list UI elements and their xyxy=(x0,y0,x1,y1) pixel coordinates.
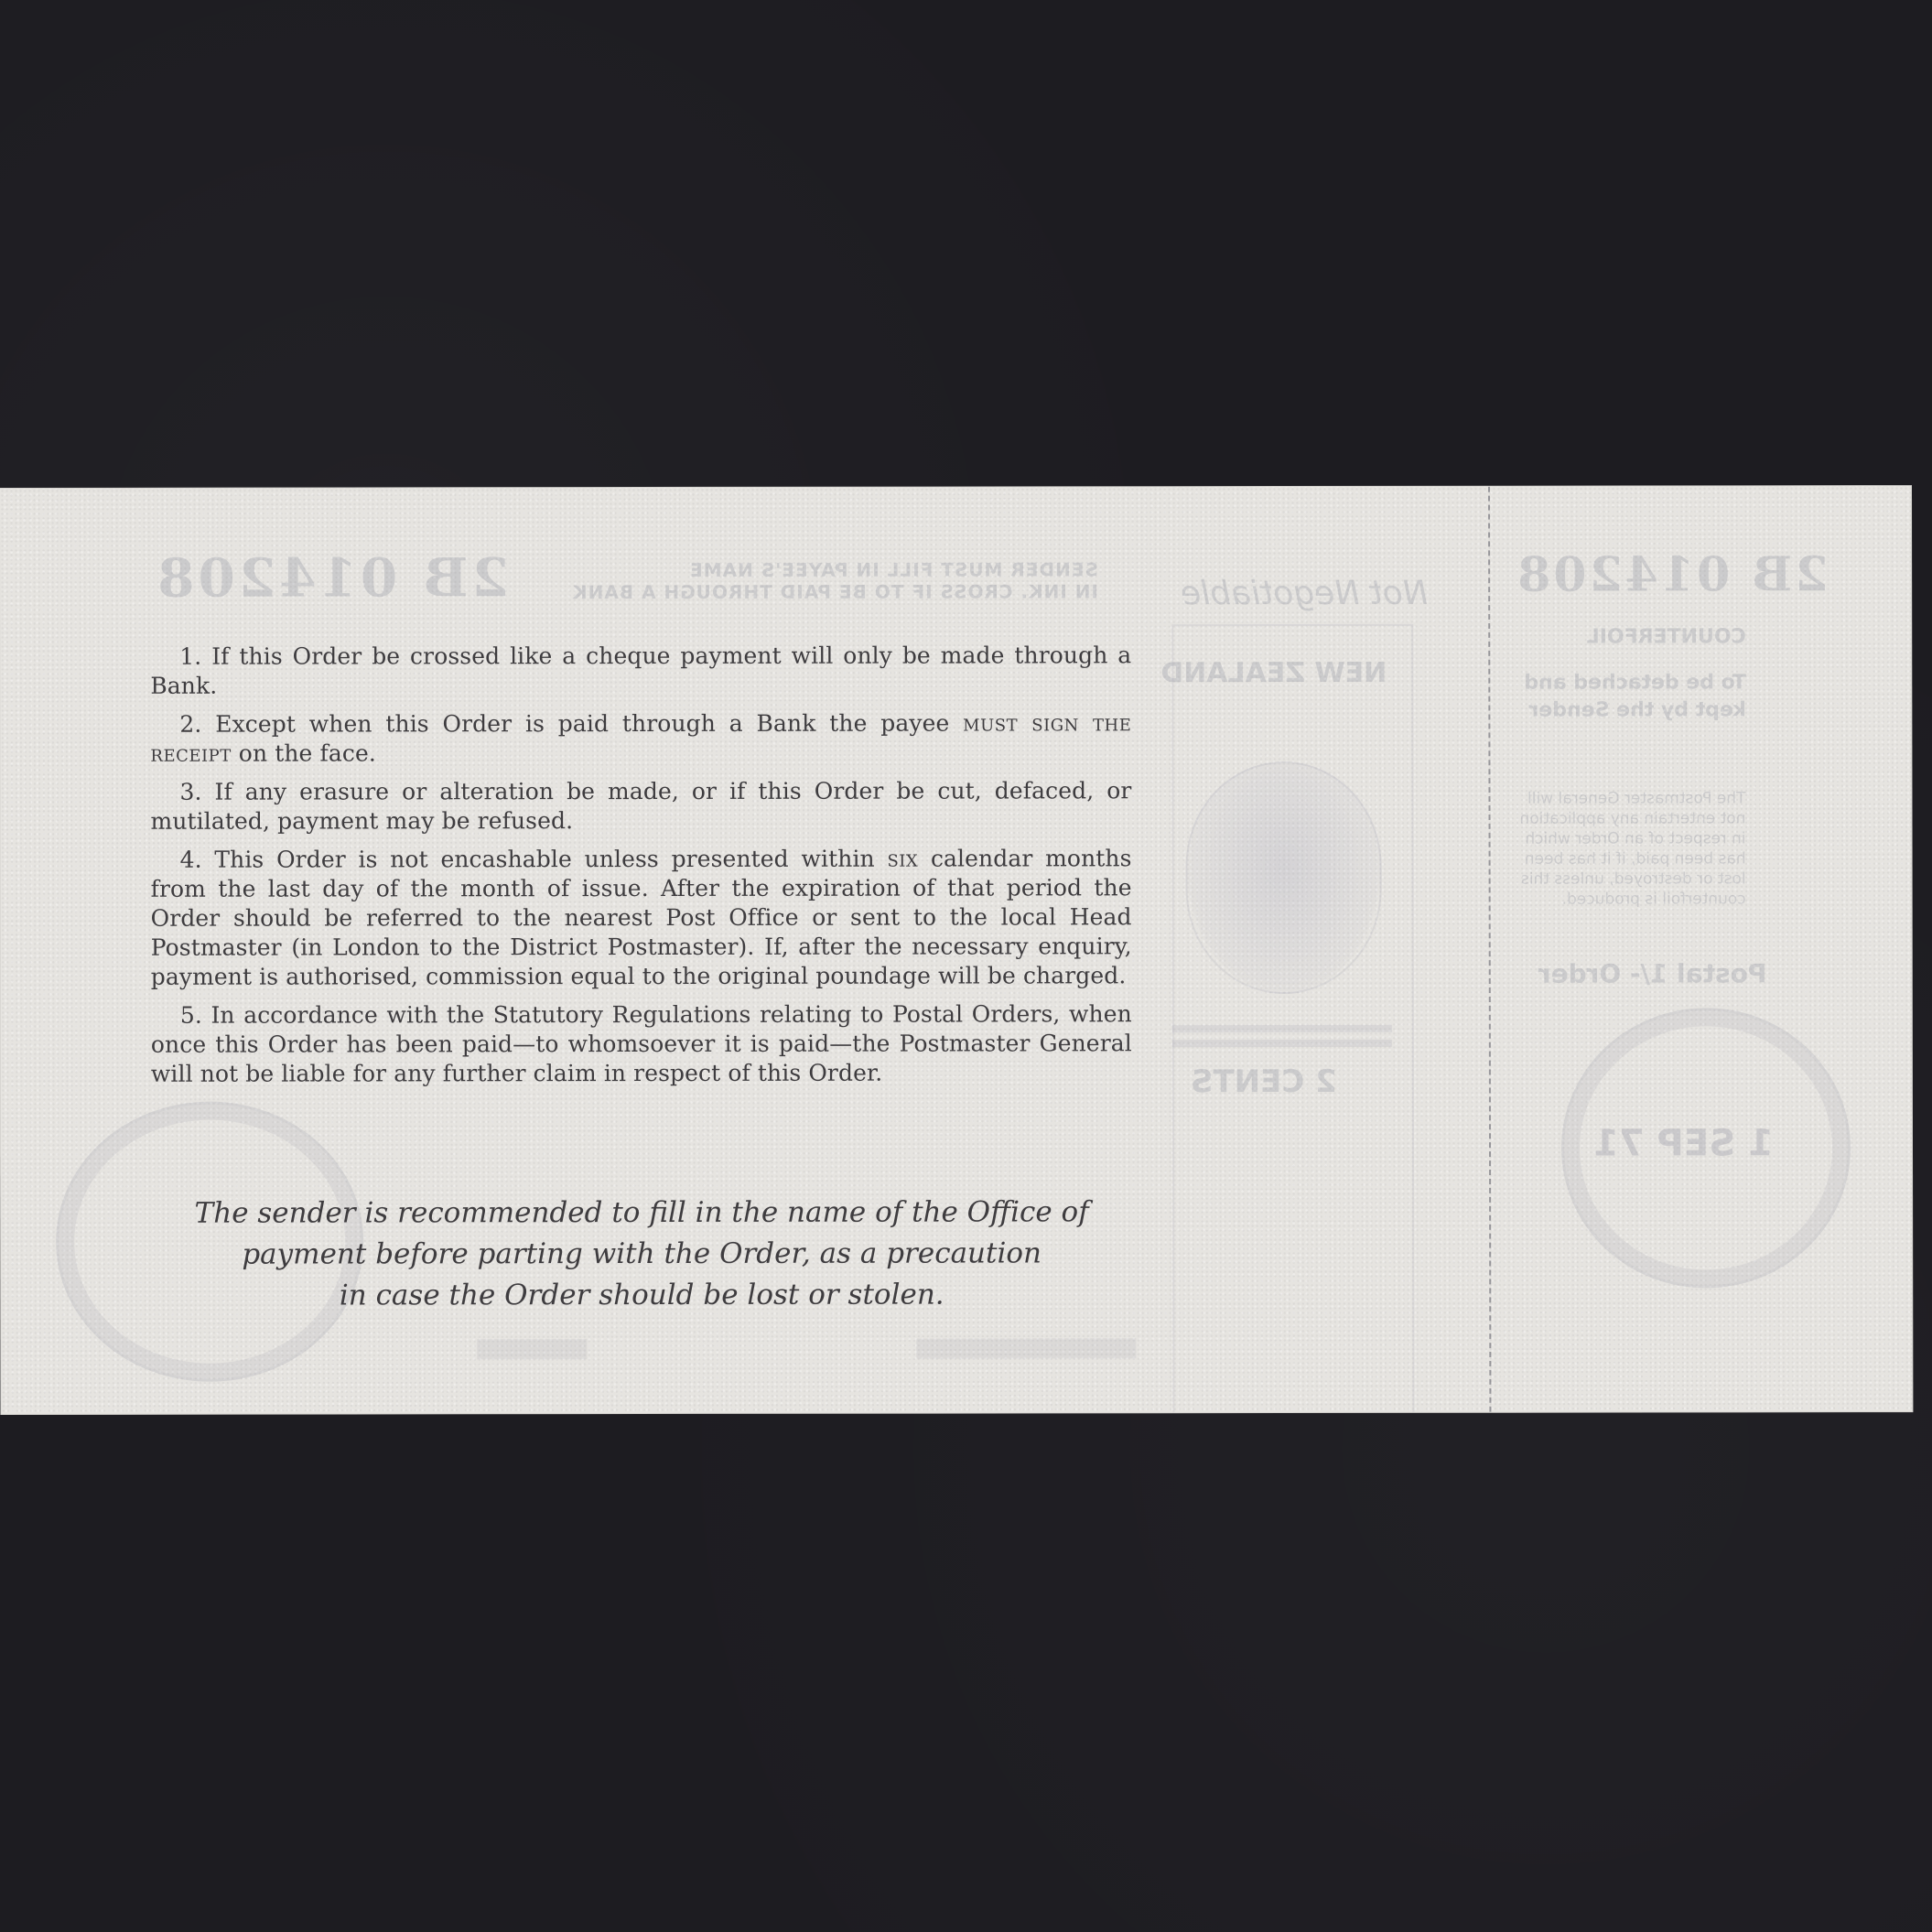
show-through-not-negotiable: Not Negotiable xyxy=(1181,575,1428,612)
sender-notice-line: IN INK. CROSS IF TO BE PAID THROUGH A BA… xyxy=(572,580,1098,603)
condition-4: 4. This Order is not encashable unless p… xyxy=(151,844,1132,991)
show-through-stub-paragraph: The Postmaster General will not entertai… xyxy=(1519,788,1745,909)
stub-counterfoil-label: COUNTERFOIL xyxy=(1524,623,1746,651)
stub-paragraph-line: not entertain any application xyxy=(1519,808,1745,828)
condition-text: on the face. xyxy=(239,739,376,766)
show-through-frame xyxy=(1171,624,1414,1414)
condition-2: 2. Except when this Order is paid throug… xyxy=(150,708,1131,768)
advice-line: in case the Order should be lost or stol… xyxy=(138,1274,1145,1317)
stub-paragraph-line: in respect of an Order which xyxy=(1520,828,1746,848)
show-through-band xyxy=(1172,1025,1392,1032)
stub-paragraph-line: has been paid, if it has been xyxy=(1520,848,1746,869)
show-through-stub-serial: 2B 014208 xyxy=(1515,546,1828,602)
condition-number: 1. xyxy=(179,643,201,670)
postmark-date: 1 SEP 71 xyxy=(1593,1122,1774,1164)
stub-instruction-line: To be detached and xyxy=(1524,669,1746,696)
show-through-band xyxy=(916,1338,1136,1358)
show-through-stub-header: COUNTERFOIL To be detached and kept by t… xyxy=(1524,623,1746,724)
show-through-value: 2 CENTS xyxy=(1191,1063,1337,1100)
condition-emphasis: six xyxy=(887,846,918,872)
condition-text: In accordance with the Statutory Regulat… xyxy=(151,1000,1132,1086)
condition-number: 3. xyxy=(179,779,201,805)
show-through-serial: 2B 014208 xyxy=(154,546,509,610)
postal-order-reverse: 2B 014208 SENDER MUST FILL IN PAYEE'S NA… xyxy=(0,486,1912,1414)
condition-text: If any erasure or alteration be made, or… xyxy=(150,777,1131,834)
condition-text: This Order is not encashable unless pres… xyxy=(214,846,874,873)
condition-5: 5. In accordance with the Statutory Regu… xyxy=(151,999,1132,1088)
show-through-band xyxy=(477,1339,587,1359)
condition-number: 4. xyxy=(180,847,202,873)
show-through-stub-order-label: Postal 1/- Order xyxy=(1538,958,1767,988)
show-through-band xyxy=(1172,1040,1392,1047)
advice-line: payment before parting with the Order, a… xyxy=(138,1233,1145,1276)
condition-number: 5. xyxy=(180,1002,202,1029)
condition-1: 1. If this Order be crossed like a chequ… xyxy=(150,641,1131,700)
condition-text: Except when this Order is paid through a… xyxy=(215,710,949,738)
stub-instruction-line: kept by the Sender xyxy=(1524,696,1746,724)
advice-line: The sender is recommended to fill in the… xyxy=(138,1192,1145,1235)
sender-notice-line: SENDER MUST FILL IN PAYEE'S NAME xyxy=(572,558,1098,581)
condition-number: 2. xyxy=(179,711,201,738)
show-through-sender-notice: SENDER MUST FILL IN PAYEE'S NAME IN INK.… xyxy=(572,558,1098,603)
stub-paragraph-line: The Postmaster General will xyxy=(1519,788,1745,808)
conditions-list: 1. If this Order be crossed like a chequ… xyxy=(150,641,1132,1097)
stub-paragraph-line: lost or destroyed, unless this xyxy=(1520,869,1746,889)
stub-paragraph-line: counterfoil is produced. xyxy=(1520,889,1746,909)
sender-advice: The sender is recommended to fill in the… xyxy=(138,1192,1145,1317)
condition-3: 3. If any erasure or alteration be made,… xyxy=(150,776,1131,836)
perforation-line xyxy=(1488,487,1491,1412)
condition-text: If this Order be crossed like a cheque p… xyxy=(150,642,1131,698)
